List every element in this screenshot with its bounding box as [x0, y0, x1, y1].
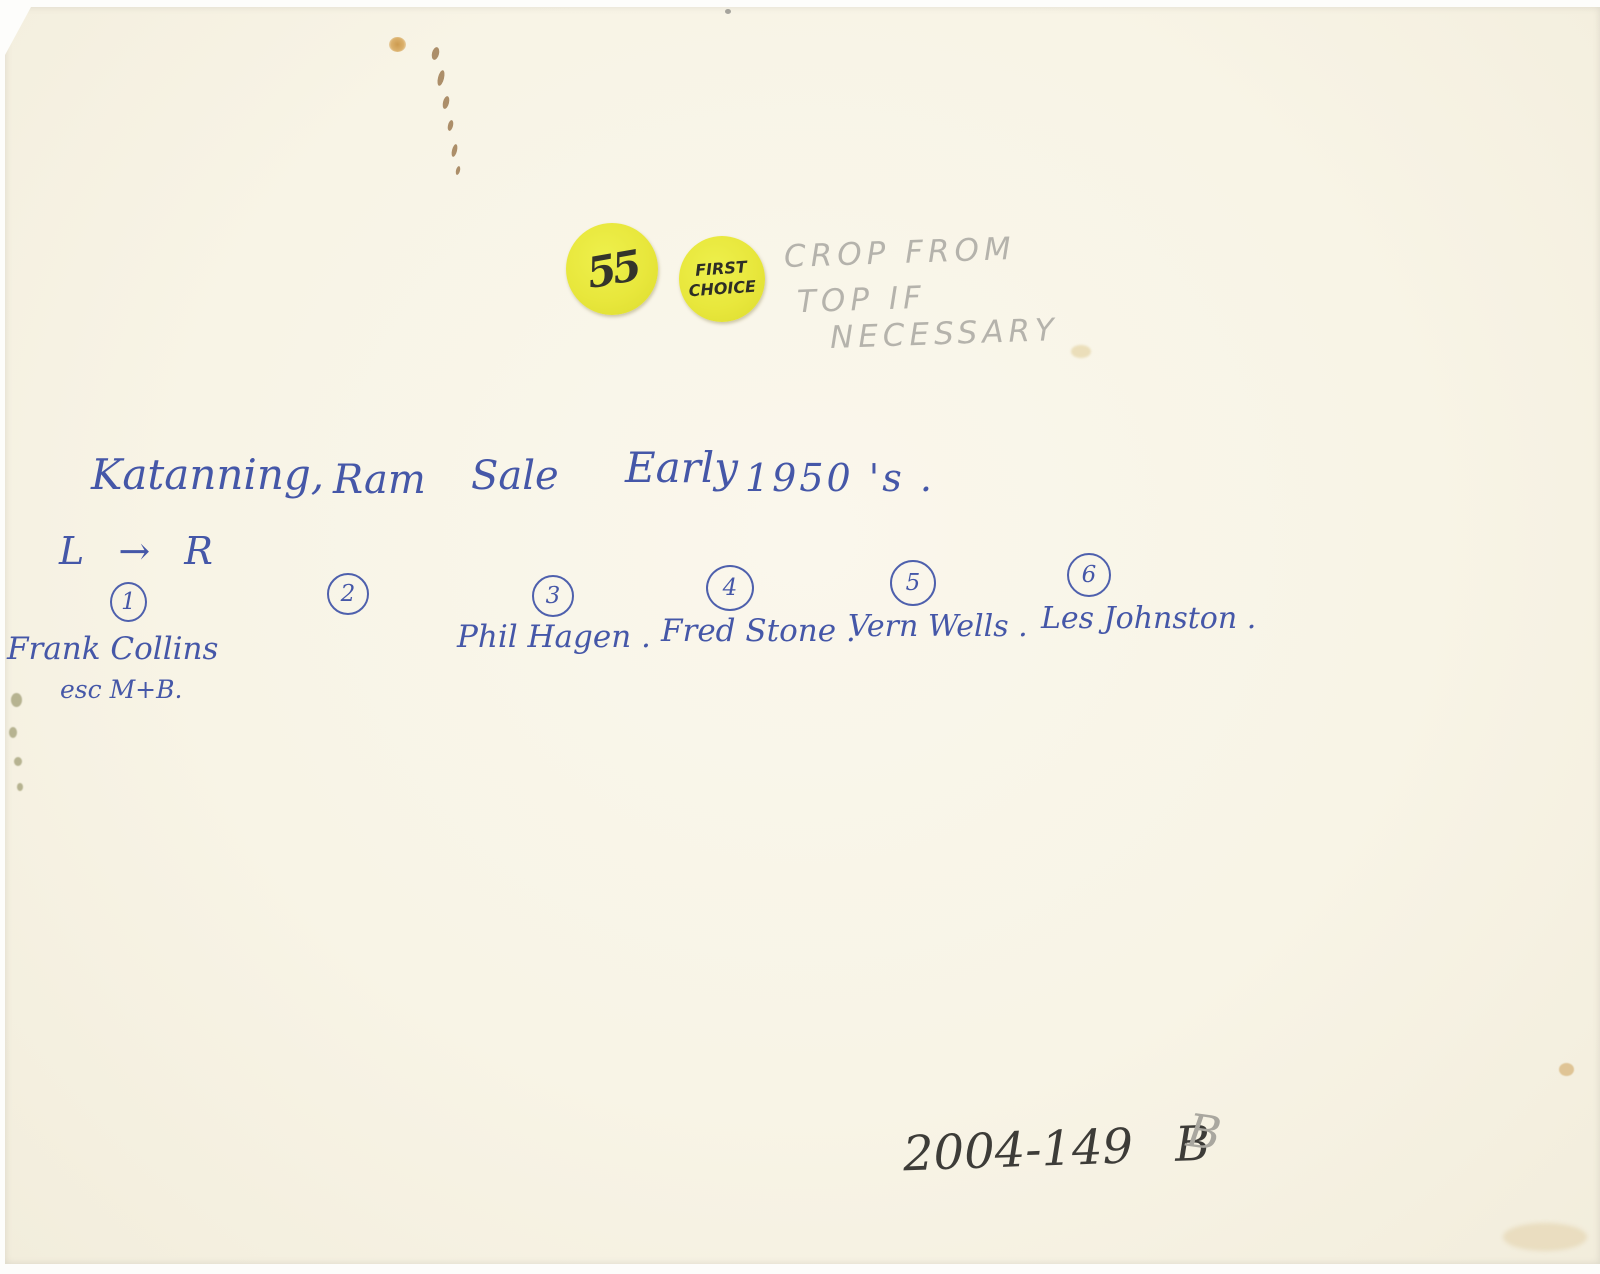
stain: [1559, 1063, 1574, 1076]
stain: [1503, 1223, 1587, 1251]
person-number-circle-1: 1: [110, 582, 147, 622]
stain: [431, 46, 441, 60]
caption-word-early: Early: [625, 443, 738, 492]
first-choice-sticker-label: FIRST CHOICE: [687, 257, 757, 302]
catalog-number: 2004-149B: [902, 1116, 1211, 1183]
person-number-circle-3: 3: [532, 575, 574, 617]
person-number-circle-5: 5: [890, 560, 936, 606]
stain: [1071, 345, 1091, 358]
person-note-1: esc M+B.: [60, 675, 182, 704]
pencil-crop-note-line1: CROP FROM: [783, 231, 1016, 275]
direction-note: L → R: [59, 529, 213, 573]
stain: [442, 95, 451, 109]
stain: [451, 144, 459, 158]
person-name-1: Frank Collins: [7, 631, 218, 667]
person-number-circle-4: 4: [706, 565, 754, 611]
stain: [436, 70, 446, 87]
person-number-circle-6: 6: [1067, 553, 1111, 597]
stain: [725, 9, 731, 14]
number-sticker-label: 55: [583, 240, 641, 297]
person-name-4: Fred Stone .: [661, 613, 856, 649]
number-sticker: 55: [566, 223, 658, 315]
stain: [14, 757, 22, 766]
caption-word-sale: Sale: [471, 453, 559, 499]
caption-word-katanning: Katanning,: [91, 450, 324, 499]
person-number-circle-2: 2: [327, 573, 369, 615]
person-name-6: Les Johnston .: [1041, 601, 1256, 636]
scanned-photo-back: { "stickers": { "number_sticker": "55", …: [0, 0, 1600, 1274]
stain: [447, 120, 455, 132]
stain: [17, 783, 23, 791]
caption-word-1950s: 1950 's .: [745, 456, 935, 500]
first-choice-sticker: FIRST CHOICE: [679, 236, 765, 322]
pencil-crop-note-line2: TOP IF: [796, 280, 926, 320]
pencil-letter-b: B: [1183, 1103, 1224, 1161]
person-name-5: Vern Wells .: [848, 609, 1028, 644]
pencil-crop-note-line3: NECESSARY: [829, 312, 1059, 356]
person-name-3: Phil Hagen .: [457, 619, 651, 655]
photo-paper: 55 FIRST CHOICE CROP FROM TOP IF NECESSA…: [5, 7, 1600, 1264]
caption-word-ram: Ram: [333, 457, 426, 503]
stain: [389, 37, 406, 52]
stain: [9, 727, 17, 738]
catalog-number-value: 2004-149: [902, 1118, 1134, 1182]
stain: [455, 166, 461, 176]
first-choice-line2: CHOICE: [688, 277, 757, 302]
stain: [11, 693, 22, 707]
